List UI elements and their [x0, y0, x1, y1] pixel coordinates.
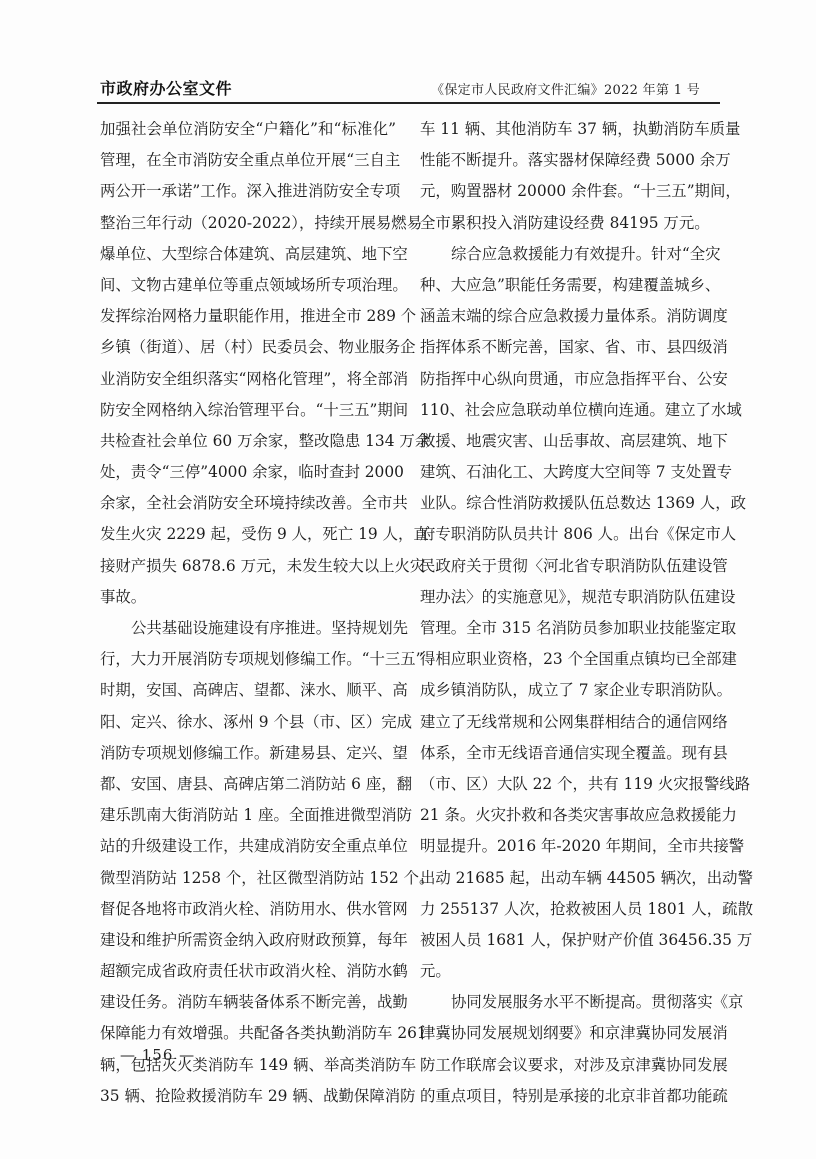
text-line: 公共基础设施建设有序推进。坚持规划先: [100, 613, 396, 644]
text-line: 管理。全市 315 名消防员参加职业技能鉴定取: [420, 613, 716, 644]
page-header: 市政府办公室文件 《保定市人民政府文件汇编》2022 年第 1 号: [97, 78, 720, 104]
text-line: 明显提升。2016 年-2020 年期间，全市共接警: [420, 831, 716, 862]
text-line: 防指挥中心纵向贯通，市应急指挥平台、公安: [420, 364, 716, 395]
text-line: 两公开一承诺”工作。深入推进消防安全专项: [100, 176, 396, 207]
text-line: 府专职消防队员共计 806 人。出台《保定市人: [420, 519, 716, 550]
text-line: 超额完成省政府责任状市政消火栓、消防水鹤: [100, 956, 396, 987]
text-line: 事故。: [100, 582, 396, 613]
text-line: 时期，安国、高碑店、望都、涞水、顺平、高: [100, 675, 396, 706]
text-line: 津冀协同发展规划纲要》和京津冀协同发展消: [420, 1018, 716, 1049]
text-line: 接财产损失 6878.6 万元，未发生较大以上火灾: [100, 551, 396, 582]
text-line: 共检查社会单位 60 万余家，整改隐患 134 万余: [100, 426, 396, 457]
text-line: 综合应急救援能力有效提升。针对“全灾: [420, 239, 716, 270]
text-line: 保障能力有效增强。共配备各类执勤消防车 261: [100, 1018, 396, 1049]
text-line: 性能不断提升。落实器材保障经费 5000 余万: [420, 145, 716, 176]
text-line: 21 条。火灾扑救和各类灾害事故应急救援能力: [420, 800, 716, 831]
text-line: 建设任务。消防车辆装备体系不断完善，战勤: [100, 987, 396, 1018]
text-line: 业消防安全组织落实“网格化管理”，将全部消: [100, 364, 396, 395]
left-column: 加强社会单位消防安全“户籍化”和“标准化”管理，在全市消防安全重点单位开展“三自…: [100, 114, 396, 1112]
text-line: 防工作联席会议要求，对涉及京津冀协同发展: [420, 1050, 716, 1081]
text-line: 消防专项规划修编工作。新建易县、定兴、望: [100, 738, 396, 769]
text-line: 车 11 辆、其他消防车 37 辆，执勤消防车质量: [420, 114, 716, 145]
text-line: 110、社会应急联动单位横向连通。建立了水域: [420, 395, 716, 426]
text-line: 处，责令“三停”4000 余家，临时查封 2000: [100, 457, 396, 488]
text-line: 元，购置器材 20000 余件套。“十三五”期间，: [420, 176, 716, 207]
text-line: 理办法〉的实施意见》，规范专职消防队伍建设: [420, 582, 716, 613]
text-line: 得相应职业资格，23 个全国重点镇均已全部建: [420, 644, 716, 675]
text-line: 协同发展服务水平不断提高。贯彻落实《京: [420, 987, 716, 1018]
text-line: 站的升级建设工作，共建成消防安全重点单位: [100, 831, 396, 862]
text-line: 体系，全市无线语音通信实现全覆盖。现有县: [420, 738, 716, 769]
section-title: 市政府办公室文件: [100, 76, 232, 99]
text-line: 防安全网格纳入综治管理平台。“十三五”期间: [100, 395, 396, 426]
text-line: 出动 21685 起，出动车辆 44505 辆次，出动警: [420, 863, 716, 894]
text-line: 乡镇（街道）、居（村）民委员会、物业服务企: [100, 332, 396, 363]
text-line: 发挥综治网格力量职能作用，推进全市 289 个: [100, 301, 396, 332]
text-line: 元。: [420, 956, 716, 987]
text-line: 涵盖末端的综合应急救援力量体系。消防调度: [420, 301, 716, 332]
publication-title: 《保定市人民政府文件汇编》2022 年第 1 号: [431, 79, 700, 98]
document-page: 市政府办公室文件 《保定市人民政府文件汇编》2022 年第 1 号 加强社会单位…: [0, 0, 816, 1159]
text-line: 微型消防站 1258 个，社区微型消防站 152 个。: [100, 863, 396, 894]
text-line: 建乐凯南大街消防站 1 座。全面推进微型消防: [100, 800, 396, 831]
text-line: 全市累积投入消防建设经费 84195 万元。: [420, 208, 716, 239]
text-line: 民政府关于贯彻〈河北省专职消防队伍建设管: [420, 551, 716, 582]
text-line: 间、文物古建单位等重点领域场所专项治理。: [100, 270, 396, 301]
text-line: 管理，在全市消防安全重点单位开展“三自主: [100, 145, 396, 176]
text-line: 加强社会单位消防安全“户籍化”和“标准化”: [100, 114, 396, 145]
text-line: 指挥体系不断完善，国家、省、市、县四级消: [420, 332, 716, 363]
page-number: — 156 —: [120, 1046, 195, 1064]
text-line: 建筑、石油化工、大跨度大空间等 7 支处置专: [420, 457, 716, 488]
text-line: 都、安国、唐县、高碑店第二消防站 6 座，翻: [100, 769, 396, 800]
text-line: 发生火灾 2229 起，受伤 9 人，死亡 19 人，直: [100, 519, 396, 550]
text-line: 成乡镇消防队，成立了 7 家企业专职消防队。: [420, 675, 716, 706]
text-line: 余家，全社会消防安全环境持续改善。全市共: [100, 488, 396, 519]
text-line: 被困人员 1681 人，保护财产价值 36456.35 万: [420, 925, 716, 956]
text-line: 阳、定兴、徐水、涿州 9 个县（市、区）完成: [100, 707, 396, 738]
text-line: 业队。综合性消防救援队伍总数达 1369 人，政: [420, 488, 716, 519]
text-line: 行，大力开展消防专项规划修编工作。“十三五”: [100, 644, 396, 675]
text-line: 建立了无线常规和公网集群相结合的通信网络: [420, 707, 716, 738]
text-line: 爆单位、大型综合体建筑、高层建筑、地下空: [100, 239, 396, 270]
text-line: 种、大应急”职能任务需要，构建覆盖城乡、: [420, 270, 716, 301]
text-line: 建设和维护所需资金纳入政府财政预算，每年: [100, 925, 396, 956]
text-line: 整治三年行动（2020-2022），持续开展易燃易: [100, 208, 396, 239]
text-line: 救援、地震灾害、山岳事故、高层建筑、地下: [420, 426, 716, 457]
text-line: 的重点项目，特别是承接的北京非首都功能疏: [420, 1081, 716, 1112]
text-line: 督促各地将市政消火栓、消防用水、供水管网: [100, 894, 396, 925]
text-line: （市、区）大队 22 个，共有 119 火灾报警线路: [420, 769, 716, 800]
text-line: 力 255137 人次，抢救被困人员 1801 人，疏散: [420, 894, 716, 925]
right-column: 车 11 辆、其他消防车 37 辆，执勤消防车质量性能不断提升。落实器材保障经费…: [420, 114, 716, 1112]
text-line: 35 辆、抢险救援消防车 29 辆、战勤保障消防: [100, 1081, 396, 1112]
